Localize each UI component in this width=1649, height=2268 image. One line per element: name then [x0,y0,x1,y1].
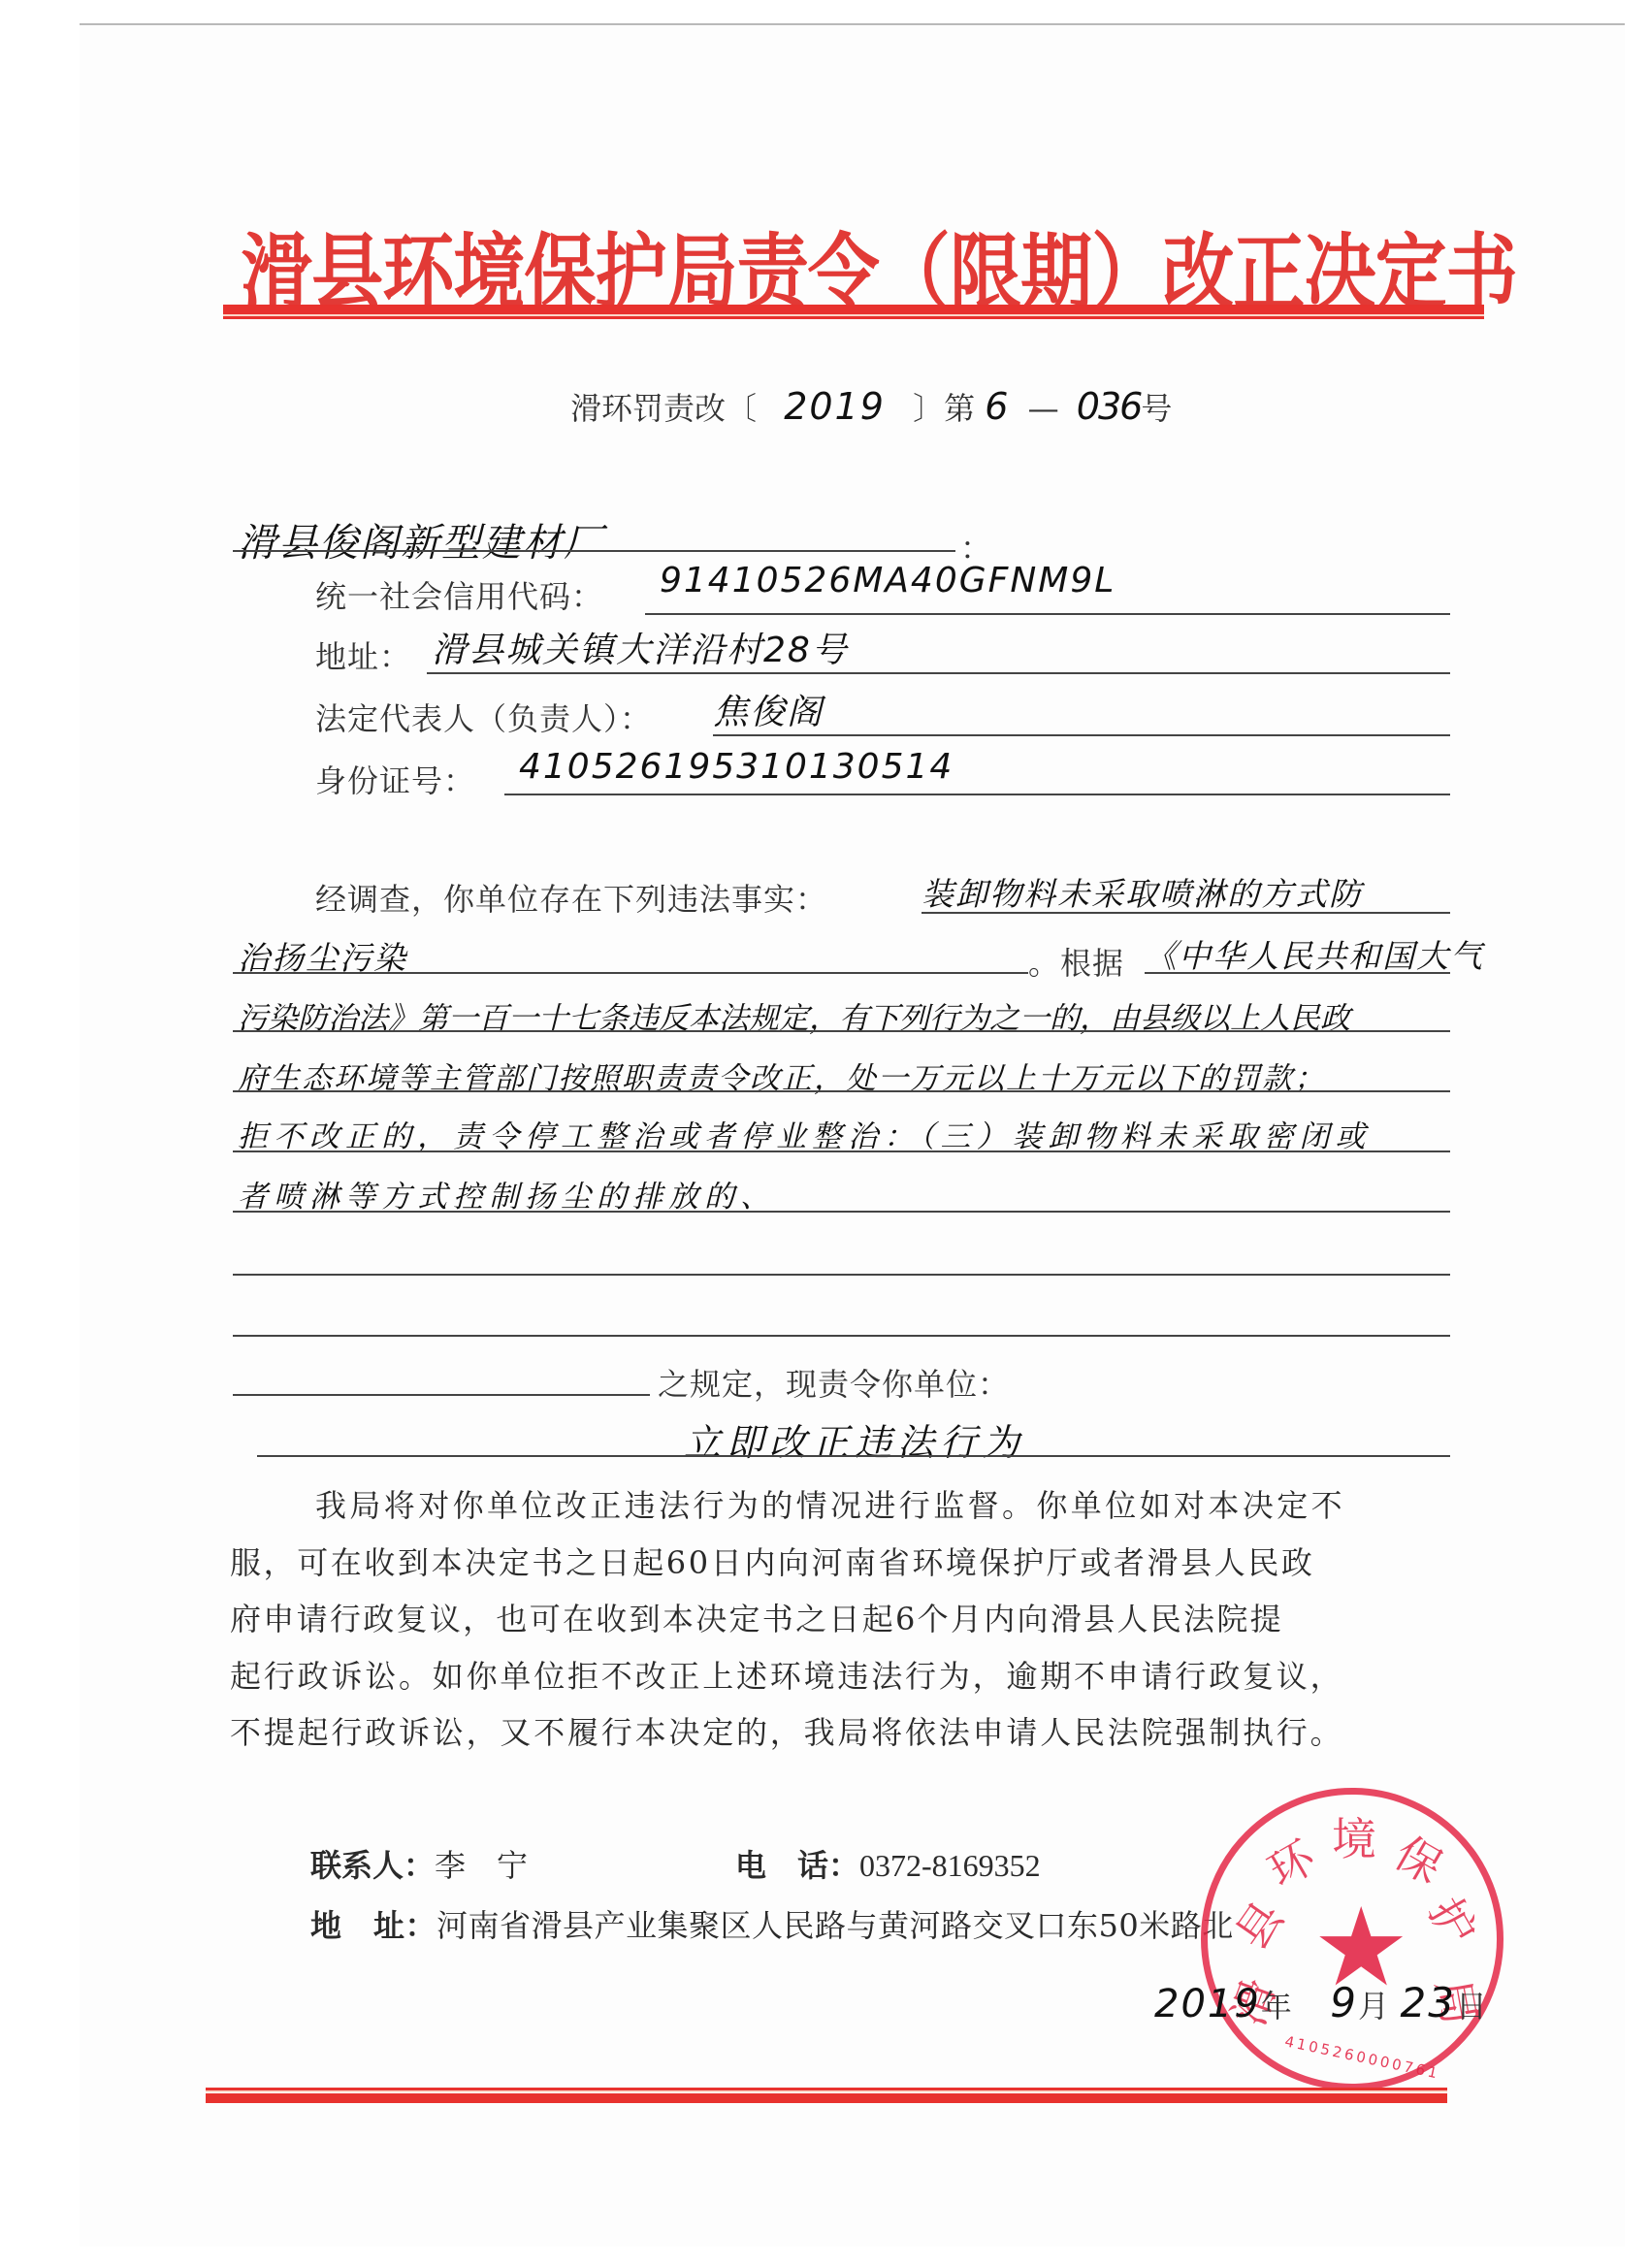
footer-red-rule [206,2093,1447,2103]
id-number-value: 410526195310130514 [519,747,954,787]
id-number-underline [504,794,1450,795]
date-month-unit: 月 [1358,1988,1389,2025]
recipient-name: 滑县俊阁新型建材厂 [238,512,604,567]
according-to-label: 。根据 [1028,939,1124,984]
reference-part1: 6 [985,385,1010,428]
contact-phone-row: 电 话：0372-8169352 [735,1841,1041,1886]
notice-line-3: 府申请行政复议，也可在收到本决定书之日起6个月内向滑县人民法院提 [230,1595,1283,1639]
reference-suffix: 号 [1141,390,1172,427]
footer-rule-gap [206,2090,1447,2092]
violation-facts-underline1 [921,912,1450,914]
contact-address: 河南省滑县产业集聚区人民路与黄河路交叉口东50米路北 [436,1907,1234,1944]
reference-number: 滑环罚责改〔 2019 〕第 6 — 036号 [570,384,1172,429]
law-underline4 [233,1150,1450,1152]
header-red-rule-thin [223,316,1484,319]
contact-person: 李 宁 [435,1847,528,1884]
law-line1: 《中华人民共和国大气 [1145,931,1484,977]
legal-rep-value: 焦俊阁 [713,685,824,734]
reference-part2: 036 [1077,385,1142,428]
date-month: 9 [1330,1979,1358,2026]
legal-rep-label: 法定代表人（负责人）： [315,695,652,739]
official-seal: 滑 县 环 境 保 护 局 ★ 4105260000761 [1201,1788,1503,2090]
law-underline6 [233,1274,1450,1276]
law-underline7 [233,1335,1450,1337]
reference-dash: — [1028,390,1059,427]
id-number-label: 身份证号： [315,757,475,801]
notice-line-4: 起行政诉讼。如你单位拒不改正上述环境违法行为，逾期不申请行政复议， [230,1652,1343,1697]
legal-rep-underline [713,734,1450,736]
reference-year: 2019 [784,385,886,428]
contact-person-label: 联系人： [310,1847,435,1884]
issue-date: 2019年 9月 23日 [1154,1979,1487,2026]
law-line5: 者喷淋等方式控制扬尘的排放的、 [238,1172,776,1215]
notice-line-5: 不提起行政诉讼，又不履行本决定的，我局将依法申请人民法院强制执行。 [230,1708,1343,1753]
provision-underline [233,1394,650,1396]
date-day-unit: 日 [1456,1988,1487,2025]
address-underline [427,672,1450,674]
order-text: 立即改正违法行为 [684,1412,1025,1466]
law-underline2 [233,1030,1450,1032]
provision-suffix: 之规定，现责令你单位： [658,1360,1010,1405]
seal-serial: 4105260000761 [1283,2032,1441,2083]
seal-char-6: 护 [1416,1885,1494,1956]
date-year: 2019 [1154,1982,1261,2026]
date-year-unit: 年 [1261,1988,1292,2025]
reference-prefix: 滑环罚责改〔 [570,390,757,427]
violation-intro: 经调查，你单位存在下列违法事实： [315,875,827,920]
law-underline5 [233,1211,1450,1213]
contact-address-row: 地 址：河南省滑县产业集聚区人民路与黄河路交叉口东50米路北 [310,1901,1234,1946]
reference-middle: 〕第 [913,390,975,427]
recipient-underline [233,550,955,552]
credit-code-value: 91410526MA40GFNM9L [660,561,1115,600]
violation-facts-underline2 [233,972,1028,974]
violation-facts-line1: 装卸物料未采取喷淋的方式防 [921,869,1363,915]
law-line4: 拒不改正的，责令停工整治或者停业整治：（三）装卸物料未采取密闭或 [238,1112,1372,1155]
credit-code-underline [645,613,1450,615]
contact-person-row: 联系人：李 宁 [310,1841,528,1886]
date-day: 23 [1400,1979,1455,2026]
notice-line-1: 我局将对你单位改正违法行为的情况进行监督。你单位如对本决定不 [315,1481,1345,1526]
order-underline [257,1455,1450,1457]
law-underline1 [1145,972,1450,974]
address-label: 地址： [315,632,411,677]
contact-phone: 0372-8169352 [859,1848,1041,1883]
notice-line-2: 服，可在收到本决定书之日起60日内向河南省环境保护厅或者滑县人民政 [230,1539,1315,1583]
contact-address-label: 地 址： [310,1907,436,1944]
seal-char-4: 境 [1332,1804,1376,1868]
credit-code-label: 统一社会信用代码： [315,572,603,617]
contact-phone-label: 电 话： [735,1847,859,1884]
header-red-rule [223,305,1484,314]
address-value: 滑县城关镇大洋沿村28号 [432,623,849,672]
law-underline3 [233,1090,1450,1092]
